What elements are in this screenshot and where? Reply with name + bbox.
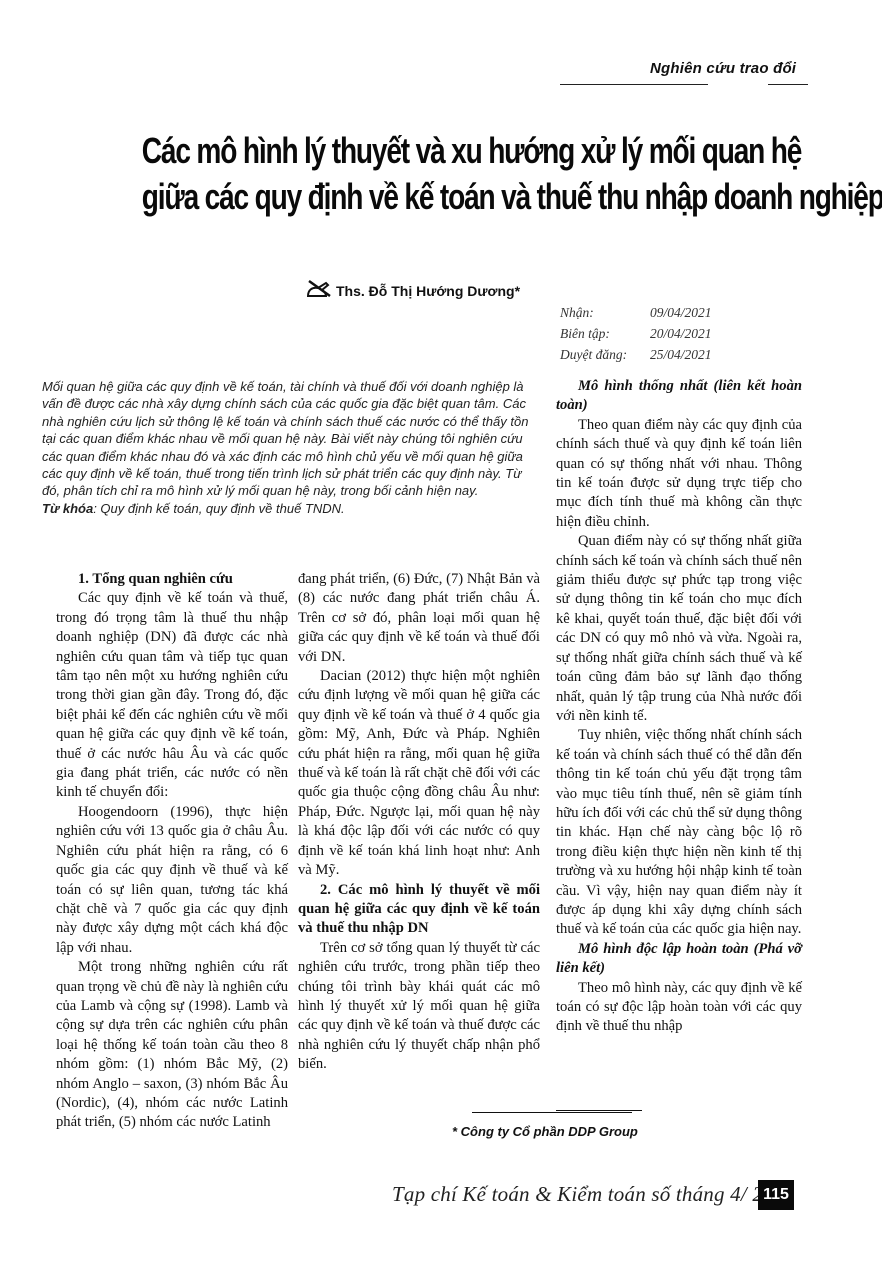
paragraph: Quan điểm này có sự thống nhất giữa chín… [556, 532, 802, 726]
page-number: 115 [758, 1180, 794, 1210]
date-edited: Biên tập: 20/04/2021 [560, 323, 712, 344]
header-rule-short [768, 84, 808, 85]
abstract: Mối quan hệ giữa các quy định về kế toán… [42, 378, 540, 517]
author-affiliation-footnote: * Công ty Cổ phần DDP Group [452, 1124, 638, 1139]
subheading-unified-model: Mô hình thống nhất (liên kết hoàn toàn) [556, 377, 802, 416]
keywords-text: : Quy định kế toán, quy định về thuế TND… [93, 501, 344, 516]
title-line-1: Các mô hình lý thuyết và xu hướng xử lý … [142, 128, 750, 174]
date-approved: Duyệt đăng: 25/04/2021 [560, 344, 712, 365]
paragraph: Theo mô hình này, các quy định về kế toá… [556, 979, 802, 1037]
title-line-2: giữa các quy định về kế toán và thuế thu… [142, 174, 750, 220]
body-column-3: Mô hình thống nhất (liên kết hoàn toàn) … [556, 377, 802, 1037]
column-end-rule [556, 1110, 642, 1111]
abstract-text: Mối quan hệ giữa các quy định về kế toán… [42, 378, 540, 500]
body-column-1: 1. Tổng quan nghiên cứu Các quy định về … [56, 570, 288, 1133]
paragraph: đang phát triển, (6) Đức, (7) Nhật Bản v… [298, 570, 540, 667]
paragraph: Trên cơ sở tổng quan lý thuyết từ các ng… [298, 939, 540, 1075]
section-heading-1: 1. Tổng quan nghiên cứu [56, 570, 288, 589]
subheading-independent-model: Mô hình độc lập hoàn toàn (Phá vỡ liên k… [556, 940, 802, 979]
pen-icon [306, 280, 332, 301]
publication-dates: Nhận: 09/04/2021 Biên tập: 20/04/2021 Du… [560, 302, 712, 365]
date-received: Nhận: 09/04/2021 [560, 302, 712, 323]
author-byline: Ths. Đỗ Thị Hướng Dương* [306, 280, 520, 301]
section-heading-2: 2. Các mô hình lý thuyết về mối quan hệ … [298, 881, 540, 939]
header-rule [560, 84, 708, 85]
section-label: Nghiên cứu trao đổi [650, 60, 796, 77]
journal-footer: Tạp chí Kế toán & Kiểm toán số tháng 4/ … [392, 1182, 795, 1207]
author-name: Ths. Đỗ Thị Hướng Dương* [336, 283, 520, 299]
footnote-rule [472, 1112, 632, 1113]
paragraph: Tuy nhiên, việc thống nhất chính sách kế… [556, 726, 802, 939]
paragraph: Hoogendoorn (1996), thực hiện nghiên cứu… [56, 803, 288, 958]
keywords: Từ khóa: Quy định kế toán, quy định về t… [42, 500, 540, 517]
keywords-label: Từ khóa [42, 501, 93, 516]
body-column-2: đang phát triển, (6) Đức, (7) Nhật Bản v… [298, 570, 540, 1075]
paragraph: Một trong những nghiên cứu rất quan trọn… [56, 958, 288, 1133]
paragraph: Theo quan điểm này các quy định của chín… [556, 416, 802, 532]
article-title: Các mô hình lý thuyết và xu hướng xử lý … [142, 128, 750, 220]
paragraph: Các quy định về kế toán và thuế, trong đ… [56, 589, 288, 802]
paragraph: Dacian (2012) thực hiện một nghiên cứu đ… [298, 667, 540, 880]
